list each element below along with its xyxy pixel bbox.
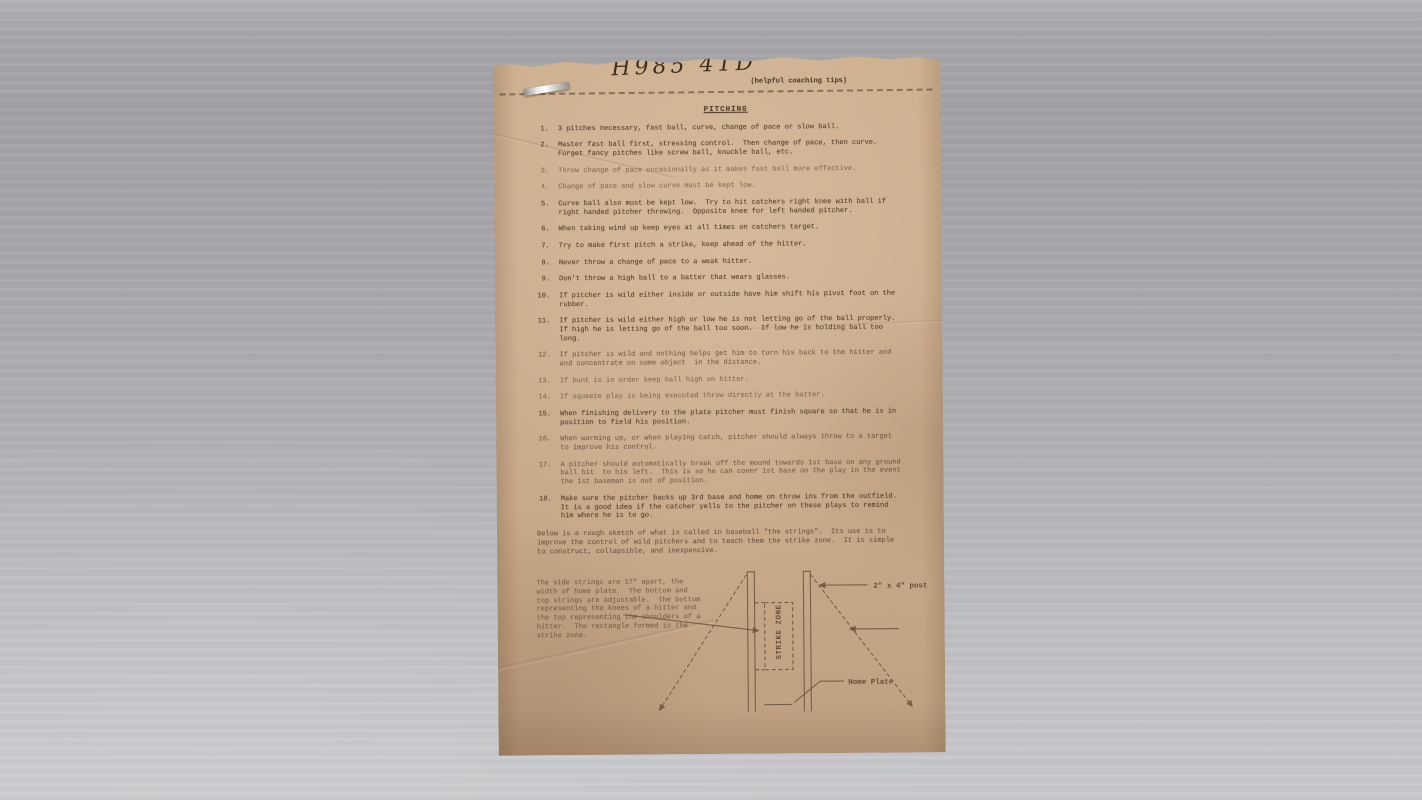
tip-number: 10. <box>535 292 550 310</box>
tip-item: 14. If squeeze play is being executed th… <box>536 391 920 403</box>
tip-text: If pitcher is wild and nothing helps get… <box>560 349 920 369</box>
tip-text: Curve ball also must be kept low. Try to… <box>558 197 918 217</box>
tip-number: 12. <box>536 352 551 370</box>
tip-text: Don't throw a high ball to a batter that… <box>559 273 919 285</box>
tip-text: Master fast ball first, stressing contro… <box>558 139 918 159</box>
tip-number: 6. <box>535 226 550 235</box>
tip-number: 3. <box>534 167 549 176</box>
header-note: (helpful coaching tips) <box>750 77 847 87</box>
tip-item: 9. Don't throw a high ball to a batter t… <box>535 273 919 285</box>
tip-item: 3. Throw change of pace occasionally as … <box>534 164 918 176</box>
tip-item: 2. Master fast ball first, stressing con… <box>534 139 918 160</box>
title-row: PITCHING <box>534 104 918 116</box>
tip-number: 2. <box>534 142 549 160</box>
strings-diagram: The side strings are 17" apart, the widt… <box>497 563 945 756</box>
tip-text: 3 pitches necessary, fast ball, curve, c… <box>558 122 918 134</box>
tip-number: 1. <box>534 125 549 134</box>
strike-zone-label: STRIKE ZONE <box>776 604 784 659</box>
tip-item: 16. When warming up, or when playing cat… <box>536 433 920 454</box>
tip-number: 11. <box>535 317 550 344</box>
home-plate-label: Home Plate <box>848 679 894 687</box>
tip-item: 4. Change of pace and slow curve must be… <box>534 181 918 193</box>
tip-item: 5. Curve ball also must be kept low. Try… <box>534 197 918 218</box>
document-content: PITCHING 1. 3 pitches necessary, fast ba… <box>534 104 922 557</box>
right-post <box>803 571 811 711</box>
tip-item: 15. When finishing delivery to the plate… <box>536 407 920 428</box>
photo: { "photo": { "handwritten_code": "H985 4… <box>0 0 1422 800</box>
tip-item: 10. If pitcher is wild either inside or … <box>535 289 919 310</box>
page-title: PITCHING <box>704 106 748 114</box>
tip-item: 8. Never throw a change of pace to a wea… <box>535 256 919 268</box>
tip-item: 1. 3 pitches necessary, fast ball, curve… <box>534 122 918 134</box>
handwritten-code: H985 41D <box>611 50 758 81</box>
tip-text: If pitcher is wild either inside or outs… <box>559 289 919 309</box>
tip-text: Try to make first pitch a strike, keep a… <box>559 239 919 251</box>
tip-number: 14. <box>536 394 551 403</box>
paper-document: H985 41D (helpful coaching tips) PITCHIN… <box>493 55 945 755</box>
tip-item: 18. Make sure the pitcher backs up 3rd b… <box>537 492 921 521</box>
tip-number: 18. <box>537 495 552 522</box>
sketch-intro-paragraph: Below is a rough sketch of what is calle… <box>537 528 932 557</box>
tip-text: When warming up, or when playing catch, … <box>560 433 920 453</box>
tip-number: 9. <box>535 275 550 284</box>
tip-text: When taking wind up keep eyes at all tim… <box>559 223 919 235</box>
tip-number: 15. <box>536 410 551 428</box>
tip-number: 13. <box>536 377 551 386</box>
post-label: 2" x 4" post <box>873 582 927 590</box>
tip-item: 17. A pitcher should automatically break… <box>536 458 920 487</box>
string-extensions <box>755 603 766 670</box>
tip-number: 7. <box>535 242 550 251</box>
tip-text: If squeeze play is being executed throw … <box>560 391 920 403</box>
torn-perforation-line <box>500 89 933 96</box>
tip-number: 5. <box>534 200 549 218</box>
tip-number: 4. <box>534 184 549 193</box>
tip-text: If pitcher is wild either high or low he… <box>559 315 919 344</box>
left-guy-wire <box>658 575 747 711</box>
note-arrow <box>624 614 759 632</box>
tips-list: 1. 3 pitches necessary, fast ball, curve… <box>534 122 921 521</box>
left-post <box>747 572 755 712</box>
tip-item: 7. Try to make first pitch a strike, kee… <box>535 239 919 251</box>
tip-number: 17. <box>536 461 551 488</box>
tip-text: When finishing delivery to the plate pit… <box>560 407 920 427</box>
tip-text: Make sure the pitcher backs up 3rd base … <box>561 492 921 521</box>
tip-text: Never throw a change of pace to a weak h… <box>559 256 919 268</box>
tip-item: 6. When taking wind up keep eyes at all … <box>535 223 919 235</box>
right-guy-wire <box>810 573 912 707</box>
tip-text: If bunt is in order keep ball high on hi… <box>560 374 920 386</box>
tip-text: Throw change of pace occasionally as it … <box>558 164 918 176</box>
tip-number: 16. <box>536 436 551 454</box>
tip-text: Change of pace and slow curve must be ke… <box>558 181 918 193</box>
tip-item: 13. If bunt is in order keep ball high o… <box>536 374 920 386</box>
tip-text: A pitcher should automatically break off… <box>560 458 920 487</box>
tip-number: 8. <box>535 259 550 268</box>
tip-item: 11. If pitcher is wild either high or lo… <box>535 315 919 344</box>
strings-diagram-drawing: STRIKE ZONE 2" x 4" post Home Plate <box>497 563 945 756</box>
tip-item: 12. If pitcher is wild and nothing helps… <box>536 349 920 370</box>
home-plate-leader <box>794 681 844 702</box>
